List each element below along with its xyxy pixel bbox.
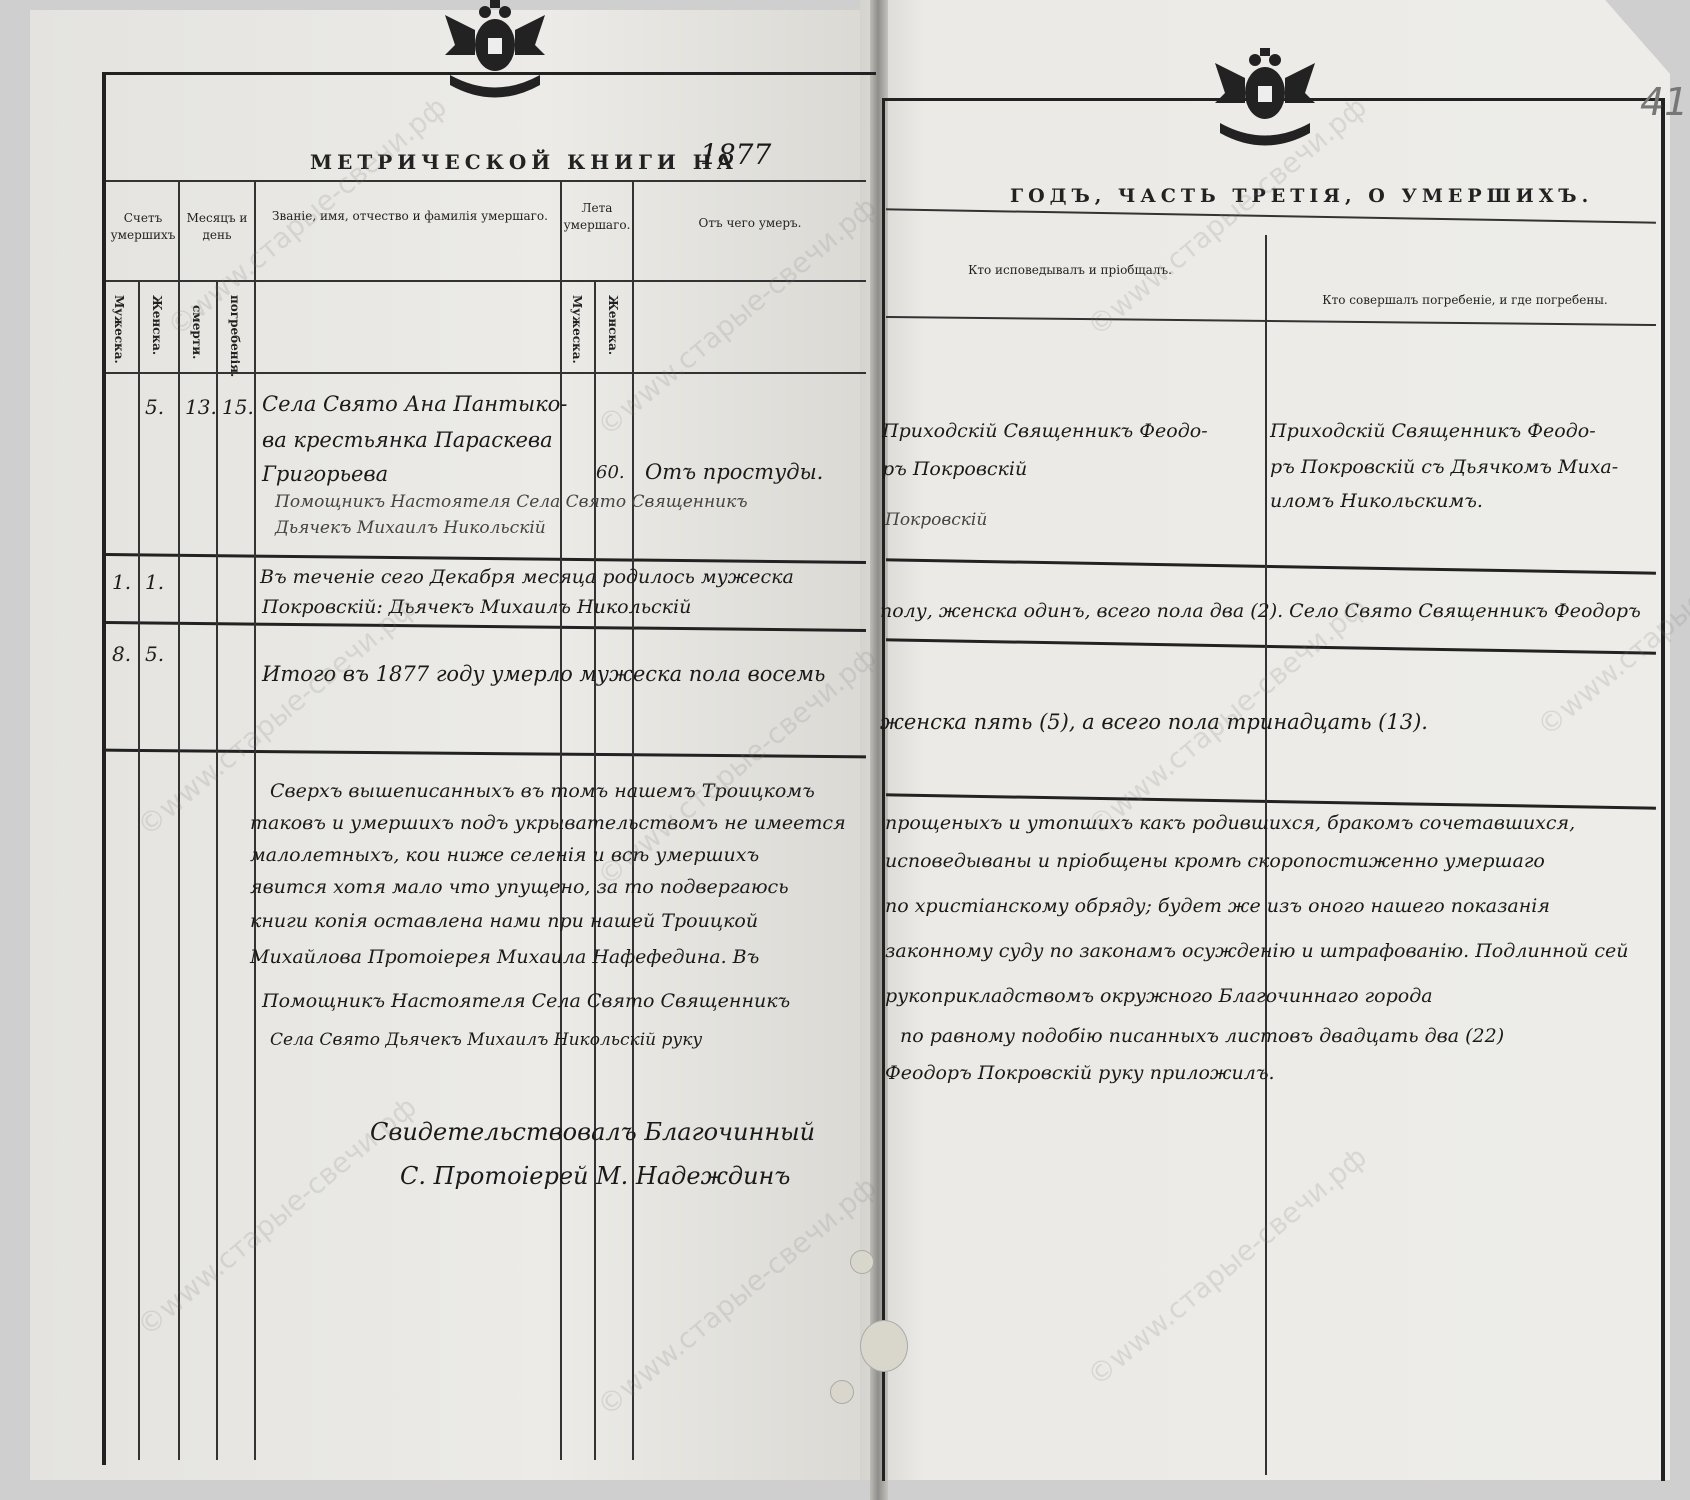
rule — [178, 180, 180, 1460]
entry1-confessor-line: Приходскій Священникъ Феодо- — [882, 420, 1208, 442]
certification-right-line: рукоприкладствомъ окружного Благочиннаго… — [885, 985, 1433, 1007]
binding-thread-icon — [850, 1250, 874, 1274]
folio-number: 41 — [1640, 80, 1688, 124]
page-title-left: МЕТРИЧЕСКОЙ КНИГИ НА — [310, 150, 738, 174]
entry1-name-line: Григорьева — [262, 462, 388, 486]
header-cause: Отъ чего умеръ. — [640, 215, 860, 232]
certification-left-line: явится хотя мало что упущено, за то подв… — [250, 876, 789, 898]
entry1-note-line: Помощникъ Настоятеля Села Свято Священни… — [275, 492, 748, 512]
entry1-name-line: Села Свято Ана Пантыко- — [262, 392, 567, 416]
header-count: Счетъ умершихъ — [108, 210, 178, 244]
signature-line: С. Протоіерей М. Надеждинъ — [400, 1162, 790, 1190]
rule — [106, 372, 866, 374]
entry1-note-line: Дьячекъ Михаилъ Никольскій — [275, 518, 546, 538]
signature-line: Свидетельствовалъ Благочинный — [370, 1118, 815, 1146]
header-count-male: Мужеска. — [112, 295, 126, 364]
header-death: смерти. — [190, 305, 204, 359]
certification-left-line: Михайлова Протоіерея Михаила Нафефедина.… — [250, 946, 759, 968]
rule — [106, 280, 866, 282]
entry2-text-line: Покровскій: Дьячекъ Михаилъ Никольскій — [262, 596, 691, 618]
entry1-age: 60. — [596, 462, 625, 483]
certification-right-line: законному суду по законамъ осужденію и ш… — [885, 940, 1629, 962]
certification-right-line: по равному подобію писанныхъ листовъ два… — [900, 1025, 1504, 1047]
header-burial: погребенія. — [228, 295, 242, 377]
year-handwritten: 1877 — [700, 138, 771, 171]
header-count-female: Женска. — [150, 295, 164, 355]
entry1-note-right: Покровскій — [885, 510, 987, 530]
rule — [138, 280, 140, 1460]
header-age: Лета умершаго. — [562, 200, 632, 234]
entry1-death-day: 13. — [185, 395, 217, 419]
entry1-burial-by-line: иломъ Никольскимъ. — [1270, 490, 1483, 512]
entry1-burial-by-line: Приходскій Священникъ Феодо- — [1270, 420, 1596, 442]
certification-right-line: Феодоръ Покровскій руку приложилъ. — [885, 1062, 1275, 1084]
certification-left-line: Сверхъ вышеписанныхъ въ томъ нашемъ Трои… — [270, 780, 815, 802]
double-headed-eagle-icon — [1210, 48, 1320, 148]
page-title-right: ГОДЪ, ЧАСТЬ ТРЕТІЯ, О УМЕРШИХЪ. — [1010, 185, 1593, 207]
entry1-name-line: ва крестьянка Параскева — [262, 428, 553, 452]
entry2-text-line: Въ теченіе сего Декабря месяца родилось … — [260, 566, 794, 588]
double-headed-eagle-icon — [440, 0, 550, 100]
certification-left-line: Села Свято Дьячекъ Михаилъ Никольскій ру… — [270, 1030, 702, 1050]
header-confessor: Кто исповедывалъ и пріобщалъ. — [920, 262, 1220, 279]
entry3-text-right: женска пять (5), а всего пола тринадцать… — [880, 710, 1428, 734]
entry1-count-female: 5. — [145, 395, 164, 419]
entry3-count-female: 5. — [145, 642, 164, 666]
certification-right-line: по христіанскому обряду; будет же изъ он… — [885, 895, 1550, 917]
header-month-day: Месяцъ и день — [180, 210, 254, 244]
certification-right-line: исповедываны и пріобщены кромѣ скоропост… — [885, 850, 1545, 872]
binding-thread-icon — [860, 1320, 908, 1372]
entry2-count-female: 1. — [145, 570, 164, 594]
certification-right-line: прощеныхъ и утопшихъ какъ родившихся, бр… — [885, 812, 1575, 834]
entry1-confessor-line: ръ Покровскій — [882, 458, 1027, 480]
entry1-cause: Отъ простуды. — [645, 460, 823, 484]
entry2-text-right: полу, женска одинъ, всего пола два (2). … — [880, 600, 1641, 622]
entry1-burial-day: 15. — [222, 395, 254, 419]
header-age-male: Мужеска. — [570, 295, 584, 364]
entry2-count-male: 1. — [112, 570, 131, 594]
binding-thread-icon — [830, 1380, 854, 1404]
certification-left-line: таковъ и умершихъ подъ укрывательствомъ … — [250, 812, 846, 834]
rule — [216, 280, 218, 1460]
header-burial-by: Кто совершалъ погребеніе, и где погребен… — [1280, 292, 1650, 309]
rule — [106, 180, 866, 182]
certification-left-line: книги копія оставлена нами при нашей Тро… — [250, 910, 758, 932]
entry1-burial-by-line: ръ Покровскій съ Дьячкомъ Миха- — [1270, 456, 1618, 478]
entry3-text-left: Итого въ 1877 году умерло мужеска пола в… — [262, 662, 825, 686]
entry3-count-male: 8. — [112, 642, 131, 666]
certification-left-line: малолетныхъ, кои ниже селенія и всѣ умер… — [250, 844, 759, 866]
rule — [594, 280, 596, 1460]
header-name: Званіе, имя, отчество и фамилія умершаго… — [270, 208, 550, 225]
header-age-female: Женска. — [606, 295, 620, 355]
certification-left-line: Помощникъ Настоятеля Села Свято Священни… — [262, 990, 790, 1012]
